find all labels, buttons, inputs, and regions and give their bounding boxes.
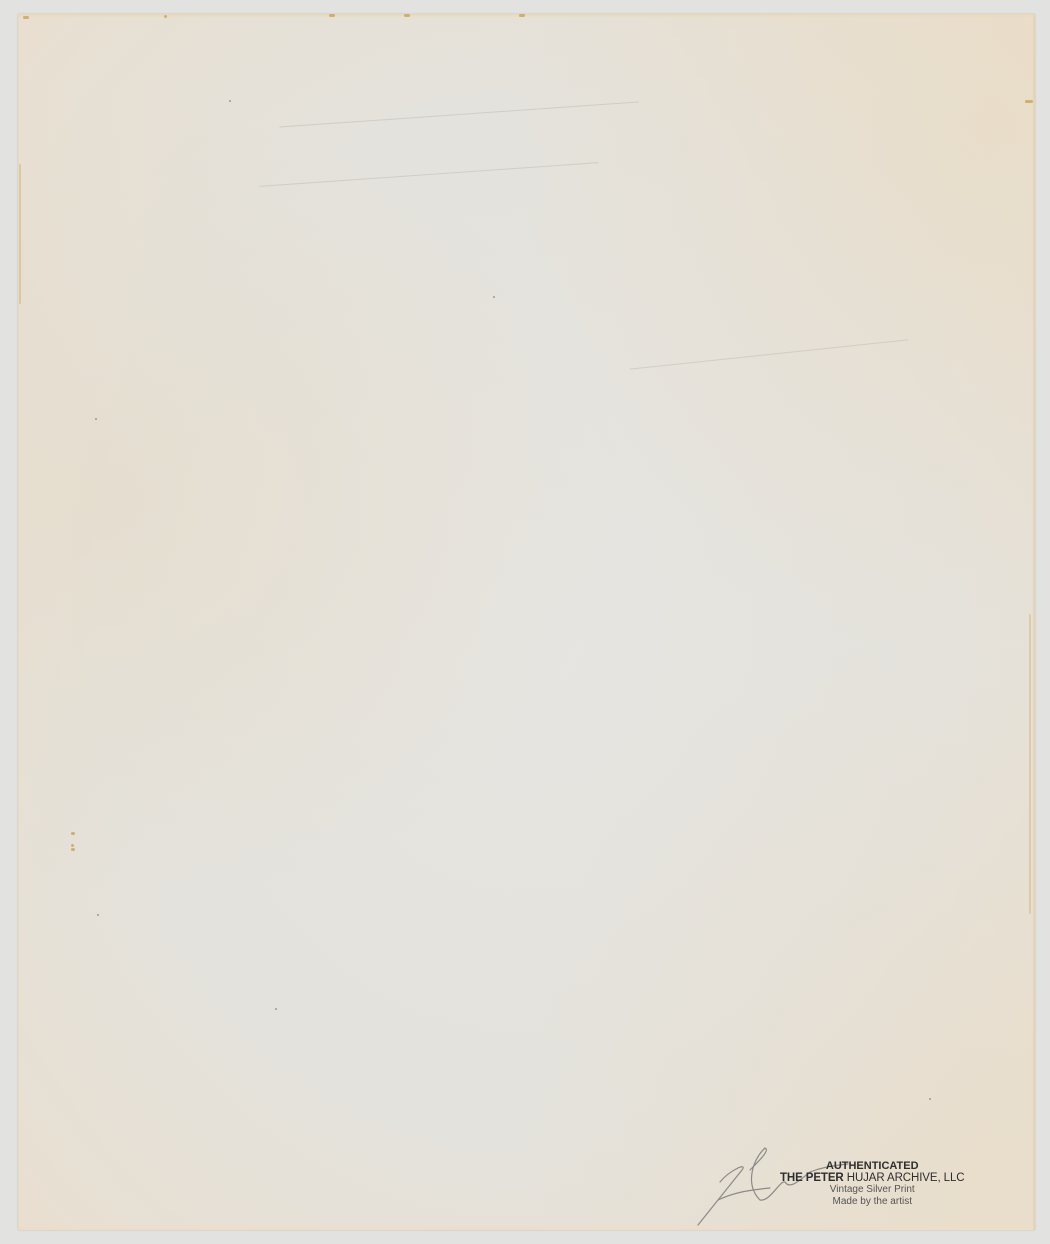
foxing-stain bbox=[23, 16, 29, 19]
paper-bottom-edge bbox=[19, 1224, 1033, 1230]
speck bbox=[95, 418, 97, 420]
stamp-archive-name-bold: THE PETER bbox=[780, 1172, 844, 1184]
foxing-stain bbox=[71, 832, 75, 835]
stamp-maker: Made by the artist bbox=[780, 1196, 964, 1208]
foxing-stain bbox=[164, 15, 167, 18]
stamp-archive-name-rest: HUJAR ARCHIVE, LLC bbox=[844, 1172, 965, 1184]
authentication-stamp: AUTHENTICATED THE PETER HUJAR ARCHIVE, L… bbox=[780, 1160, 964, 1208]
foxing-stain bbox=[519, 14, 525, 17]
speck bbox=[229, 100, 231, 102]
foxing-stain bbox=[71, 848, 75, 851]
paper-top-edge bbox=[19, 14, 1033, 18]
foxing-stain bbox=[1029, 614, 1031, 914]
foxing-stain bbox=[329, 14, 335, 17]
ghost-marking bbox=[259, 162, 598, 187]
ghost-marking bbox=[279, 101, 638, 127]
speck bbox=[493, 296, 495, 298]
stamp-authenticated: AUTHENTICATED bbox=[780, 1160, 964, 1172]
foxing-stain bbox=[1025, 100, 1033, 103]
photo-print-verso bbox=[18, 14, 1035, 1230]
stamp-print-type: Vintage Silver Print bbox=[780, 1184, 964, 1196]
foxing-stain bbox=[19, 164, 21, 304]
ghost-marking bbox=[630, 339, 909, 369]
speck bbox=[275, 1008, 277, 1010]
foxing-stain bbox=[404, 14, 410, 17]
speck bbox=[97, 914, 99, 916]
stamp-archive-name: THE PETER HUJAR ARCHIVE, LLC bbox=[780, 1172, 964, 1184]
foxing-stain bbox=[71, 844, 74, 847]
speck bbox=[929, 1098, 931, 1100]
